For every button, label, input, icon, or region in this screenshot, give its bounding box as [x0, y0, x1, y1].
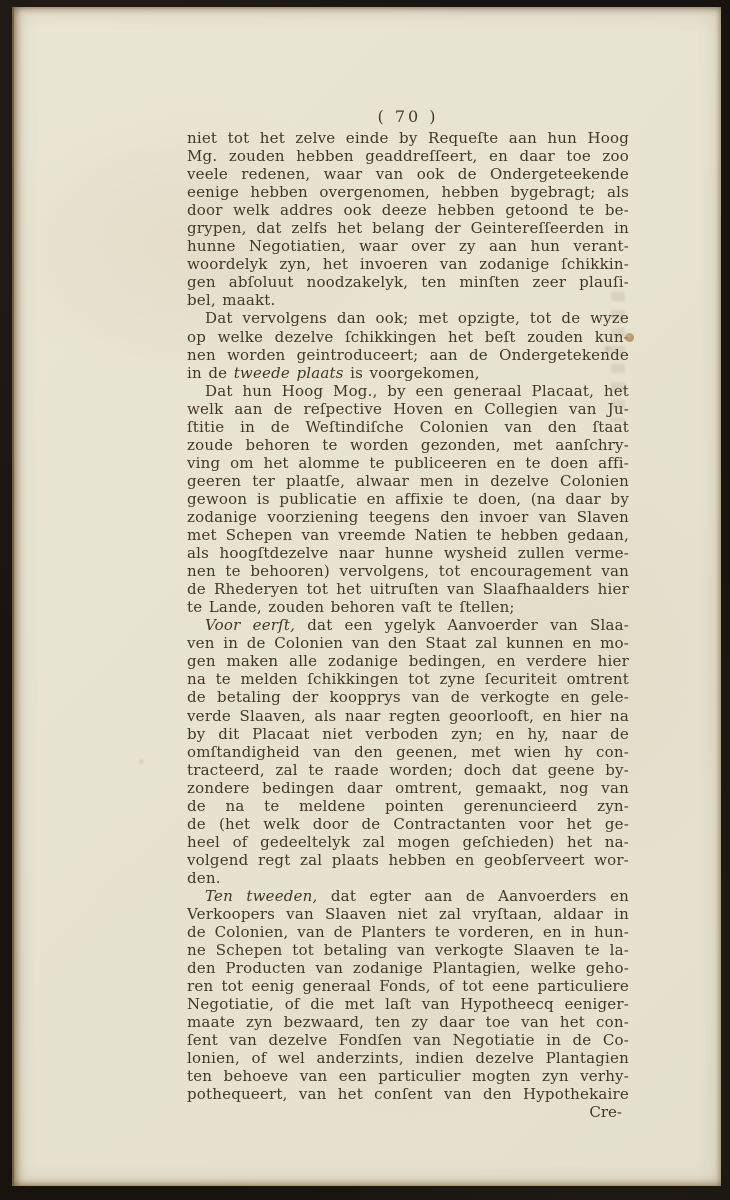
text-segment: grypen, dat zelfs het belang der Geinter…: [187, 219, 629, 237]
text-segment: ren tot eenig generaal Fonds, of tot een…: [187, 977, 629, 995]
text-line: Ten tweeden, dat egter aan de Aanvoerder…: [187, 887, 629, 905]
text-segment: nen te behooren) vervolgens, tot encoura…: [187, 562, 629, 580]
text-segment: Negotiatie, of die met laſt van Hypothee…: [187, 995, 629, 1013]
text-line: zodanige voorziening teegens den invoer …: [187, 508, 629, 526]
text-line: volgend regt zal plaats hebben en geobſe…: [187, 851, 629, 869]
text-line: heel of gedeeltelyk zal mogen geſchieden…: [187, 833, 629, 851]
italic-text-segment: Ten tweeden,: [187, 887, 318, 905]
text-segment: ven in de Colonien van den Staat zal kun…: [187, 634, 629, 652]
text-segment: nen worden geintroduceert; aan de Onderg…: [187, 346, 629, 364]
text-line: woordelyk zyn, het invoeren van zodanige…: [187, 255, 629, 273]
text-segment: gen maken alle zodanige bedingen, en ver…: [187, 652, 629, 670]
text-segment: zodanige voorziening teegens den invoer …: [187, 508, 629, 526]
text-segment: Dat vervolgens dan ook; met opzigte, tot…: [187, 309, 629, 327]
text-segment: pothequeert, van het conſent van den Hyp…: [187, 1085, 629, 1103]
text-line: den.: [187, 869, 629, 887]
text-line: eenige hebben overgenomen, hebben bygebr…: [187, 183, 629, 201]
text-segment: ne Schepen tot betaling van verkogte Sla…: [187, 941, 629, 959]
text-line: Verkoopers van Slaaven niet zal vryſtaan…: [187, 905, 629, 923]
text-line: pothequeert, van het conſent van den Hyp…: [187, 1085, 629, 1103]
text-segment: de Rhederyen tot het uitruſten van Slaaf…: [187, 580, 629, 598]
text-segment: gewoon is publicatie en affixie te doen,…: [187, 490, 629, 508]
text-segment: bel, maakt.: [187, 291, 276, 309]
text-line: met Schepen van vreemde Natien te hebben…: [187, 526, 629, 544]
text-line: Dat hun Hoog Mog., by een generaal Placa…: [187, 382, 629, 400]
text-segment: de (het welk door de Contractanten voor …: [187, 815, 629, 833]
text-line: hunne Negotiatien, waar over zy aan hun …: [187, 237, 629, 255]
text-segment: ſent van dezelve Fondſen van Negotiatie …: [187, 1031, 629, 1049]
text-line: op welke dezelve ſchikkingen het beſt zo…: [187, 328, 629, 346]
text-segment: niet tot het zelve einde by Requeſte aan…: [187, 129, 629, 147]
text-segment: volgend regt zal plaats hebben en geobſe…: [187, 851, 629, 869]
text-segment: welk aan de reſpective Hoven en Collegie…: [187, 400, 629, 418]
text-line: in de tweede plaats is voorgekomen,: [187, 364, 629, 382]
text-line: gen maken alle zodanige bedingen, en ver…: [187, 652, 629, 670]
text-line: lonien, of wel anderzints, indien dezelv…: [187, 1049, 629, 1067]
text-line: by dit Placaat niet verboden zyn; en hy,…: [187, 725, 629, 743]
text-segment: dat egter aan de Aanvoerders en: [318, 887, 630, 905]
text-line: verde Slaaven, als naar regten geoorloof…: [187, 707, 629, 725]
text-line: Mg. zouden hebben geaddreſſeert, en daar…: [187, 147, 629, 165]
text-block: niet tot het zelve einde by Requeſte aan…: [187, 129, 629, 1104]
text-line: gewoon is publicatie en affixie te doen,…: [187, 490, 629, 508]
text-segment: als hoogſtdezelve naar hunne wysheid zul…: [187, 544, 629, 562]
text-line: de na te meldene pointen gerenuncieerd z…: [187, 797, 629, 815]
text-segment: de Colonien, van de Planters te vorderen…: [187, 923, 629, 941]
text-segment: tracteerd, zal te raade worden; doch dat…: [187, 761, 629, 779]
text-segment: lonien, of wel anderzints, indien dezelv…: [187, 1049, 629, 1067]
scan-border: ( 70 ) niet tot het zelve einde by Reque…: [0, 0, 730, 1200]
italic-text-segment: Voor eerſt,: [187, 616, 295, 634]
text-segment: na te melden ſchikkingen tot zyne ſecuri…: [187, 670, 629, 688]
text-segment: op welke dezelve ſchikkingen het beſt zo…: [187, 328, 629, 346]
text-segment: met Schepen van vreemde Natien te hebben…: [187, 526, 629, 544]
text-segment: zondere bedingen daar omtrent, gemaakt, …: [187, 779, 629, 797]
ink-spot: [625, 333, 634, 342]
text-line: ſent van dezelve Fondſen van Negotiatie …: [187, 1031, 629, 1049]
text-line: nen worden geintroduceert; aan de Onderg…: [187, 346, 629, 364]
text-line: als hoogſtdezelve naar hunne wysheid zul…: [187, 544, 629, 562]
text-line: zondere bedingen daar omtrent, gemaakt, …: [187, 779, 629, 797]
text-segment: door welk addres ook deeze hebben getoon…: [187, 201, 629, 219]
text-segment: veele redenen, waar van ook de Ondergete…: [187, 165, 629, 183]
text-segment: gen abſoluut noodzakelyk, ten minſten ze…: [187, 273, 629, 291]
text-line: de Colonien, van de Planters te vorderen…: [187, 923, 629, 941]
text-line: ren tot eenig generaal Fonds, of tot een…: [187, 977, 629, 995]
text-line: nen te behooren) vervolgens, tot encoura…: [187, 562, 629, 580]
text-segment: heel of gedeeltelyk zal mogen geſchieden…: [187, 833, 629, 851]
text-segment: te Lande, zouden behoren vaſt te ſtellen…: [187, 598, 515, 616]
text-segment: verde Slaaven, als naar regten geoorloof…: [187, 707, 629, 725]
text-line: na te melden ſchikkingen tot zyne ſecuri…: [187, 670, 629, 688]
text-line: bel, maakt.: [187, 291, 629, 309]
book-page: ( 70 ) niet tot het zelve einde by Reque…: [12, 7, 721, 1186]
italic-text-segment: tweede plaats: [234, 364, 344, 382]
text-line: welk aan de reſpective Hoven en Collegie…: [187, 400, 629, 418]
text-line: de betaling der koopprys van de verkogte…: [187, 688, 629, 706]
text-line: zoude behoren te worden gezonden, met aa…: [187, 436, 629, 454]
text-line: den Producten van zodanige Plantagien, w…: [187, 959, 629, 977]
text-line: Dat vervolgens dan ook; met opzigte, tot…: [187, 309, 629, 327]
text-segment: ving om het alomme te publiceeren en te …: [187, 454, 629, 472]
text-line: veele redenen, waar van ook de Ondergete…: [187, 165, 629, 183]
text-segment: maate zyn bezwaard, ten zy daar toe van …: [187, 1013, 629, 1031]
text-segment: eenige hebben overgenomen, hebben bygebr…: [187, 183, 629, 201]
text-line: maate zyn bezwaard, ten zy daar toe van …: [187, 1013, 629, 1031]
text-segment: Dat hun Hoog Mog., by een generaal Placa…: [187, 382, 629, 400]
text-line: omſtandigheid van den geenen, met wien h…: [187, 743, 629, 761]
page-number: ( 70 ): [187, 107, 629, 126]
text-segment: ſtitie in de Weſtindiſche Colonien van d…: [187, 418, 629, 436]
text-line: de Rhederyen tot het uitruſten van Slaaf…: [187, 580, 629, 598]
text-line: door welk addres ook deeze hebben getoon…: [187, 201, 629, 219]
text-segment: dat een ygelyk Aanvoerder van Slaa-: [295, 616, 629, 634]
text-line: tracteerd, zal te raade worden; doch dat…: [187, 761, 629, 779]
text-segment: is voorgekomen,: [344, 364, 480, 382]
text-segment: hunne Negotiatien, waar over zy aan hun …: [187, 237, 629, 255]
text-line: Voor eerſt, dat een ygelyk Aanvoerder va…: [187, 616, 629, 634]
text-segment: omſtandigheid van den geenen, met wien h…: [187, 743, 629, 761]
text-line: grypen, dat zelfs het belang der Geinter…: [187, 219, 629, 237]
text-line: geeren ter plaatſe, alwaar men in dezelv…: [187, 472, 629, 490]
ink-showthrough: [611, 292, 625, 422]
text-line: ving om het alomme te publiceeren en te …: [187, 454, 629, 472]
text-line: ne Schepen tot betaling van verkogte Sla…: [187, 941, 629, 959]
text-segment: Mg. zouden hebben geaddreſſeert, en daar…: [187, 147, 629, 165]
text-segment: in de: [187, 364, 234, 382]
text-segment: woordelyk zyn, het invoeren van zodanige…: [187, 255, 629, 273]
text-line: de (het welk door de Contractanten voor …: [187, 815, 629, 833]
text-segment: de na te meldene pointen gerenuncieerd z…: [187, 797, 629, 815]
catchword: Cre-: [187, 1103, 622, 1121]
text-line: niet tot het zelve einde by Requeſte aan…: [187, 129, 629, 147]
text-line: Negotiatie, of die met laſt van Hypothee…: [187, 995, 629, 1013]
text-line: ſtitie in de Weſtindiſche Colonien van d…: [187, 418, 629, 436]
text-segment: ten behoeve van een particulier mogten z…: [187, 1067, 629, 1085]
text-segment: de betaling der koopprys van de verkogte…: [187, 688, 629, 706]
text-line: gen abſoluut noodzakelyk, ten minſten ze…: [187, 273, 629, 291]
text-line: ten behoeve van een particulier mogten z…: [187, 1067, 629, 1085]
text-segment: Verkoopers van Slaaven niet zal vryſtaan…: [187, 905, 629, 923]
text-segment: den.: [187, 869, 221, 887]
text-line: te Lande, zouden behoren vaſt te ſtellen…: [187, 598, 629, 616]
text-segment: den Producten van zodanige Plantagien, w…: [187, 959, 629, 977]
text-line: ven in de Colonien van den Staat zal kun…: [187, 634, 629, 652]
text-segment: by dit Placaat niet verboden zyn; en hy,…: [187, 725, 629, 743]
text-segment: zoude behoren te worden gezonden, met aa…: [187, 436, 629, 454]
text-segment: geeren ter plaatſe, alwaar men in dezelv…: [187, 472, 629, 490]
